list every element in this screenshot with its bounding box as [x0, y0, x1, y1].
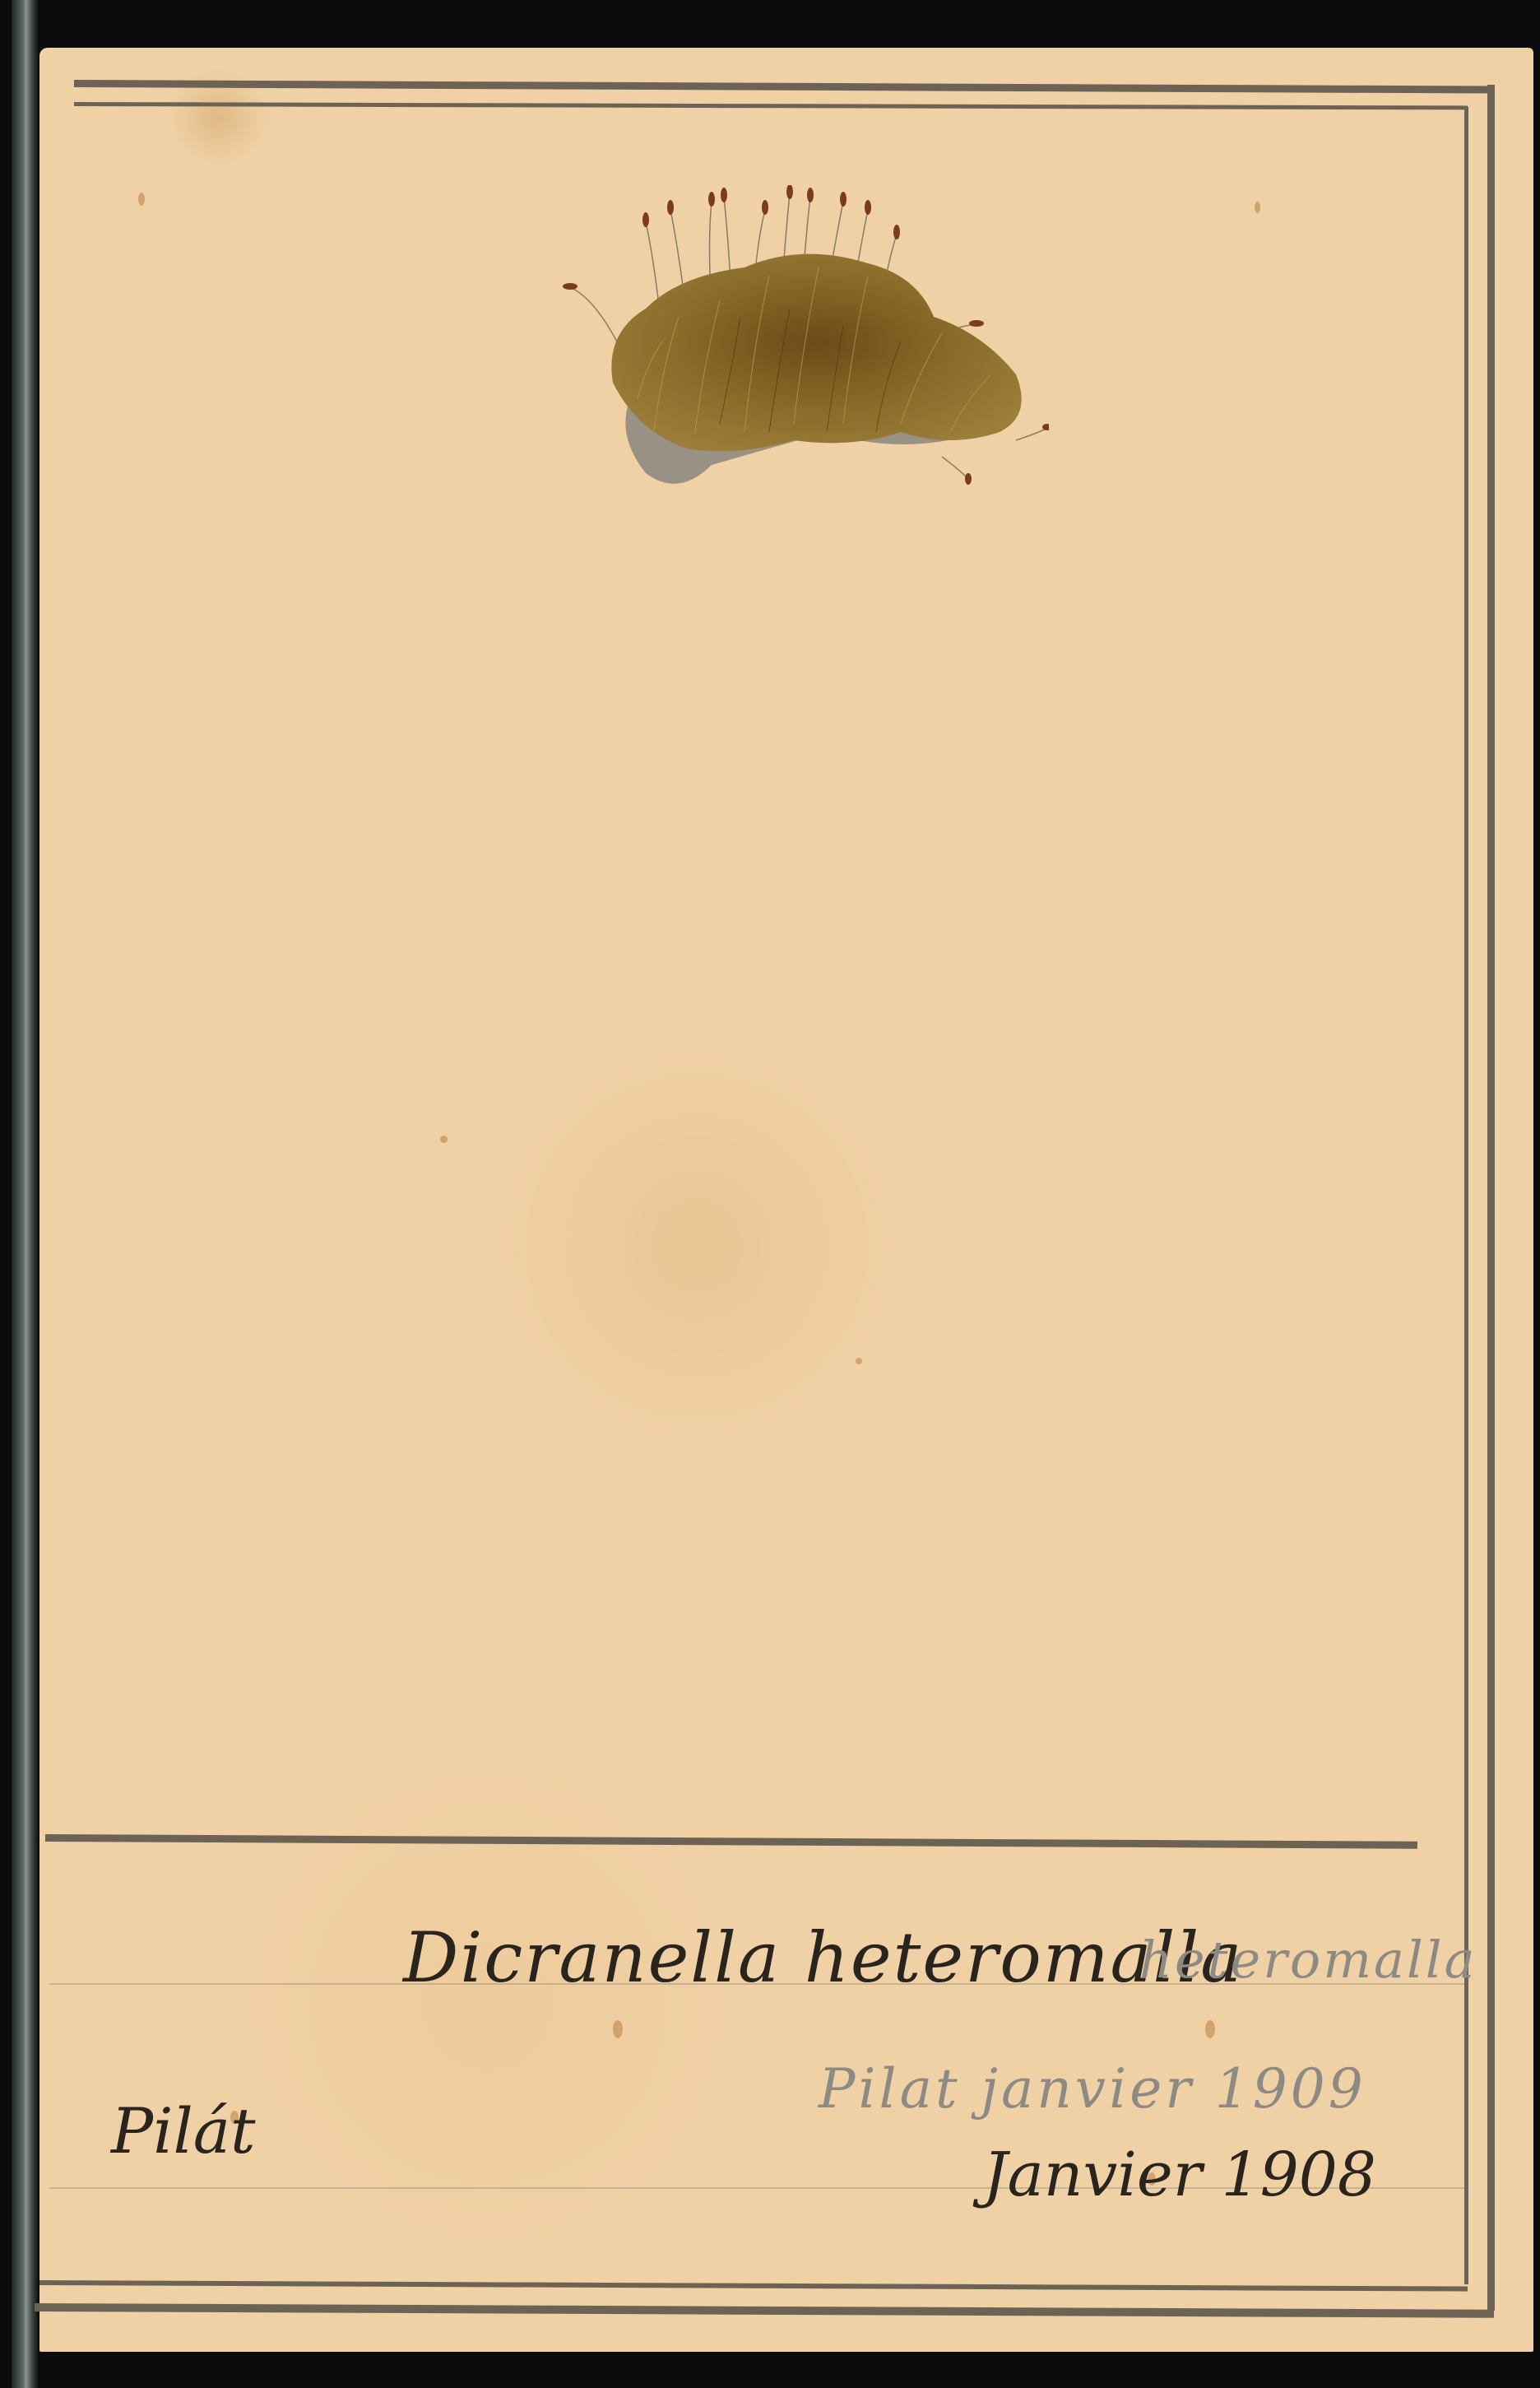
- foxing-spot: [1205, 2020, 1215, 2038]
- moss-specimen-image: [555, 185, 1049, 498]
- foxing-spot: [138, 193, 145, 206]
- foxing-spot: [1255, 202, 1260, 213]
- foxing-spot: [440, 1136, 448, 1143]
- album-binding-edge: [12, 0, 38, 2388]
- collector-name: Pilát: [111, 2094, 256, 2167]
- collection-date: Janvier 1908: [983, 2139, 1376, 2210]
- taxon-name-pencil: heteromalla: [1139, 1930, 1477, 1990]
- collector-date-pencil: Pilat janvier 1909: [819, 2057, 1366, 2121]
- foxing-spot: [856, 1358, 862, 1364]
- foxing-spot: [613, 2020, 623, 2038]
- frame-outer-right: [1487, 85, 1495, 2311]
- taxon-name-ink: Dicranella heteromalla: [403, 1917, 1243, 1998]
